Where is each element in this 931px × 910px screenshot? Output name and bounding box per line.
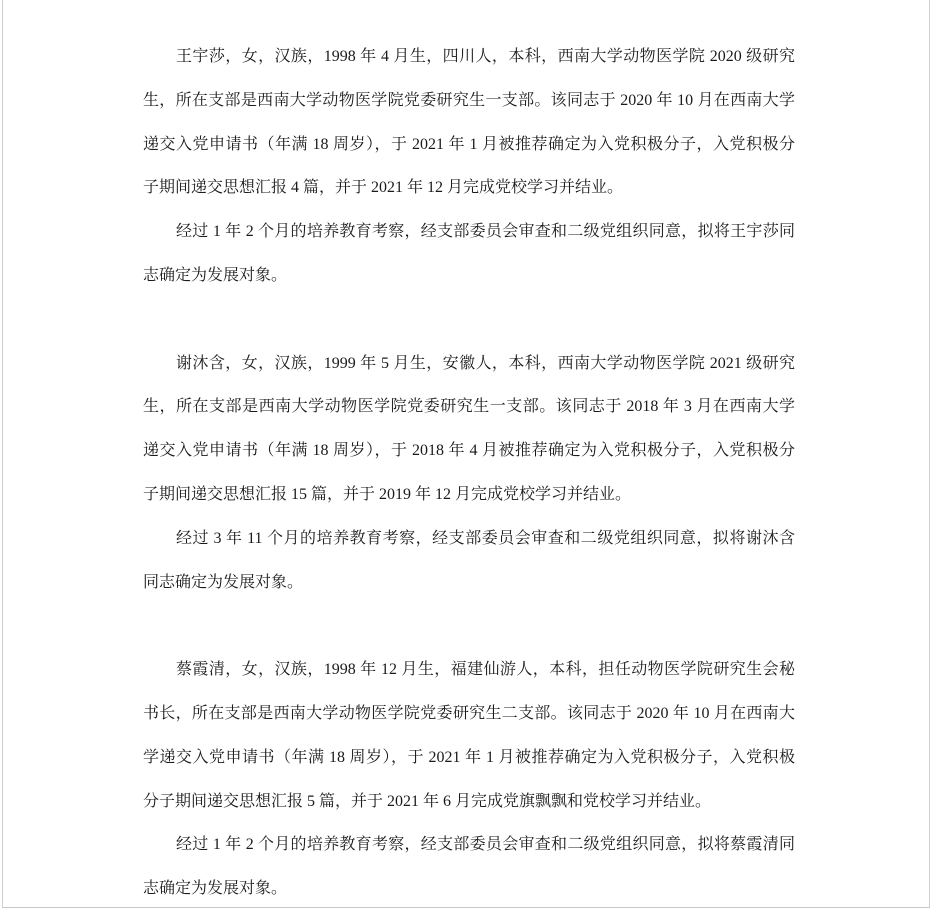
text-line: 经过 3 年 11 个月的培养教育考察，经支部委员会审查和二级党组织同意，拟将谢…: [143, 517, 795, 561]
text-line: 生，所在支部是西南大学动物医学院党委研究生一支部。该同志于 2020 年 10 …: [143, 79, 795, 123]
text-line: 同志确定为发展对象。: [143, 561, 795, 605]
text-line: 谢沐含，女，汉族，1999 年 5 月生，安徽人，本科，西南大学动物医学院 20…: [143, 342, 795, 386]
text-line: 王宇莎，女，汉族，1998 年 4 月生，四川人，本科，西南大学动物医学院 20…: [143, 35, 795, 79]
text-line: 分子期间递交思想汇报 5 篇，并于 2021 年 6 月完成党旗飘飘和党校学习并…: [143, 780, 795, 824]
document-body[interactable]: 王宇莎，女，汉族，1998 年 4 月生，四川人，本科，西南大学动物医学院 20…: [143, 35, 795, 910]
text-line: 递交入党申请书（年满 18 周岁），于 2018 年 4 月被推荐确定为入党积极…: [143, 429, 795, 473]
text-line: 生，所在支部是西南大学动物医学院党委研究生一支部。该同志于 2018 年 3 月…: [143, 385, 795, 429]
text-line: 志确定为发展对象。: [143, 867, 795, 910]
text-line: 递交入党申请书（年满 18 周岁），于 2021 年 1 月被推荐确定为入党积极…: [143, 123, 795, 167]
text-line: 书长，所在支部是西南大学动物医学院党委研究生二支部。该同志于 2020 年 10…: [143, 692, 795, 736]
document-page: 王宇莎，女，汉族，1998 年 4 月生，四川人，本科，西南大学动物医学院 20…: [2, 0, 930, 908]
text-line: 志确定为发展对象。: [143, 254, 795, 298]
text-line: 经过 1 年 2 个月的培养教育考察，经支部委员会审查和二级党组织同意，拟将蔡霞…: [143, 823, 795, 867]
blank-line: [143, 298, 795, 342]
document-section: 谢沐含，女，汉族，1999 年 5 月生，安徽人，本科，西南大学动物医学院 20…: [143, 342, 795, 605]
blank-line: [143, 604, 795, 648]
text-line: 子期间递交思想汇报 4 篇，并于 2021 年 12 月完成党校学习并结业。: [143, 166, 795, 210]
document-section: 蔡霞清，女，汉族，1998 年 12 月生，福建仙游人，本科，担任动物医学院研究…: [143, 648, 795, 910]
text-line: 蔡霞清，女，汉族，1998 年 12 月生，福建仙游人，本科，担任动物医学院研究…: [143, 648, 795, 692]
text-line: 经过 1 年 2 个月的培养教育考察，经支部委员会审查和二级党组织同意，拟将王宇…: [143, 210, 795, 254]
document-section: 王宇莎，女，汉族，1998 年 4 月生，四川人，本科，西南大学动物医学院 20…: [143, 35, 795, 298]
text-line: 子期间递交思想汇报 15 篇，并于 2019 年 12 月完成党校学习并结业。: [143, 473, 795, 517]
text-line: 学递交入党申请书（年满 18 周岁），于 2021 年 1 月被推荐确定为入党积…: [143, 736, 795, 780]
